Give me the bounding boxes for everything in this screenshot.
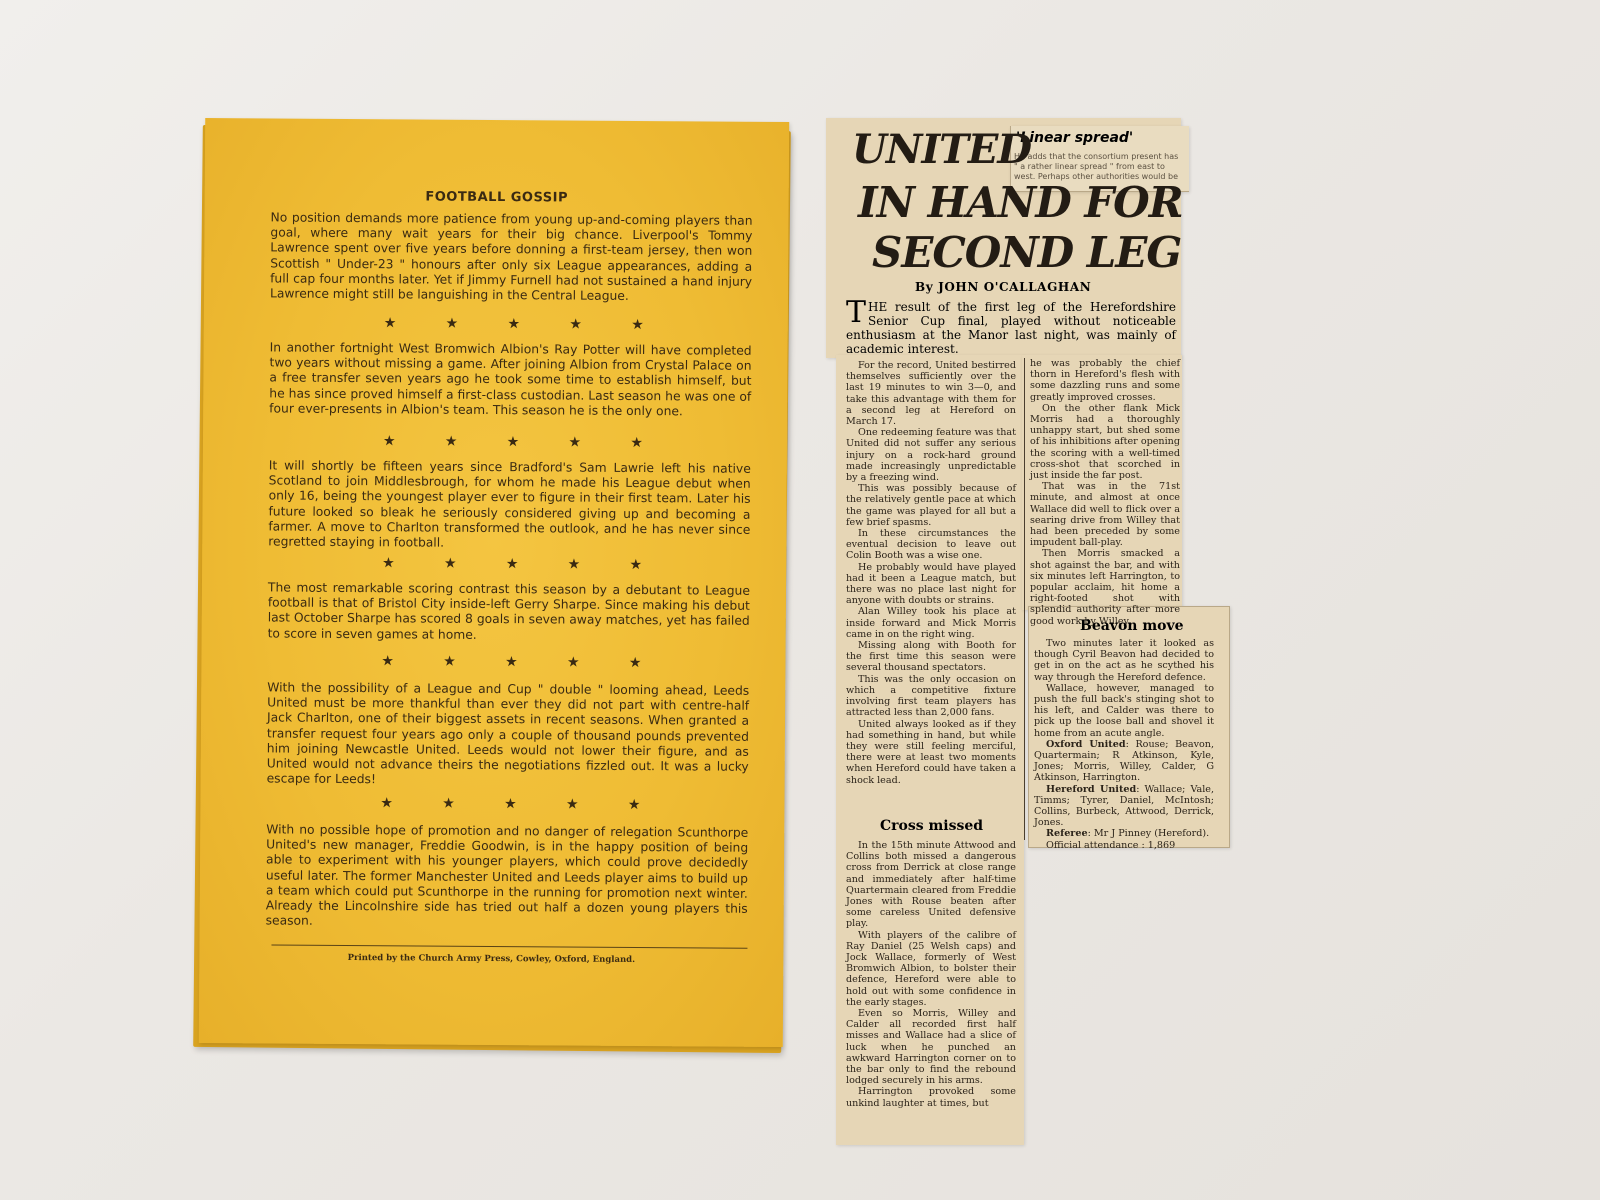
article-paragraph: Two minutes later it looked as though Cy… bbox=[1034, 638, 1214, 683]
article-paragraph: For the record, United bestirred themsel… bbox=[846, 360, 1016, 427]
headline-line-1: UNITED bbox=[852, 126, 1031, 173]
lede-text: HE result of the first leg of the Herefo… bbox=[846, 300, 1176, 356]
star-icon: ★ bbox=[504, 796, 517, 812]
article-paragraph: Then Morris smacked a shot against the b… bbox=[1030, 548, 1180, 626]
article-left-column: For the record, United bestirred themsel… bbox=[846, 360, 1016, 786]
star-icon: ★ bbox=[630, 435, 643, 451]
star-icon: ★ bbox=[444, 556, 457, 572]
star-icon: ★ bbox=[628, 797, 641, 813]
gossip-paragraph: With the possibility of a League and Cup… bbox=[267, 680, 750, 790]
article-paragraph: he was probably the chief thorn in Heref… bbox=[1030, 358, 1180, 403]
star-icon: ★ bbox=[566, 797, 579, 813]
star-icon: ★ bbox=[384, 315, 397, 331]
article-paragraph: Alan Willey took his place at inside for… bbox=[846, 606, 1016, 640]
programme-page: FOOTBALL GOSSIP No position demands more… bbox=[199, 118, 789, 1047]
gossip-paragraph: It will shortly be fifteen years since B… bbox=[268, 458, 751, 553]
referee-line: Referee: Mr J Pinney (Hereford). bbox=[1034, 828, 1214, 839]
hereford-label: Hereford United bbox=[1046, 784, 1136, 795]
star-icon: ★ bbox=[507, 316, 520, 332]
referee-name: : Mr J Pinney (Hereford). bbox=[1088, 828, 1210, 839]
article-paragraph: With players of the calibre of Ray Danie… bbox=[846, 930, 1016, 1008]
gossip-paragraph: With no possible hope of promotion and n… bbox=[266, 822, 749, 932]
article-paragraph: This was possibly because of the relativ… bbox=[846, 483, 1016, 528]
inset-heading: 'Linear spread' bbox=[1016, 130, 1133, 146]
star-icon: ★ bbox=[445, 434, 458, 450]
star-separator: ★ ★ ★ ★ ★ bbox=[384, 315, 644, 333]
star-icon: ★ bbox=[505, 654, 518, 670]
lede-paragraph: T HE result of the first leg of the Here… bbox=[846, 300, 1176, 356]
star-icon: ★ bbox=[380, 795, 393, 811]
subhead-beavon-move: Beavon move bbox=[1080, 618, 1184, 634]
article-paragraph: In the 15th minute Attwood and Collins b… bbox=[846, 840, 1016, 930]
printer-credit: Printed by the Church Army Press, Cowley… bbox=[199, 952, 783, 966]
star-separator: ★ ★ ★ ★ ★ bbox=[381, 653, 641, 671]
article-paragraph: Harrington provoked some unkind laughter… bbox=[846, 1086, 1016, 1108]
programme-title: FOOTBALL GOSSIP bbox=[205, 188, 789, 207]
headline-line-2: IN HAND FOR bbox=[858, 178, 1183, 227]
star-separator: ★ ★ ★ ★ ★ bbox=[380, 795, 640, 813]
star-icon: ★ bbox=[443, 654, 456, 670]
column-rule bbox=[1024, 358, 1025, 840]
star-icon: ★ bbox=[507, 434, 520, 450]
star-icon: ★ bbox=[382, 555, 395, 571]
star-icon: ★ bbox=[442, 796, 455, 812]
star-separator: ★ ★ ★ ★ ★ bbox=[383, 433, 643, 451]
star-separator: ★ ★ ★ ★ ★ bbox=[382, 555, 642, 573]
star-icon: ★ bbox=[629, 655, 642, 671]
article-cross-column: In the 15th minute Attwood and Collins b… bbox=[846, 840, 1016, 1109]
star-icon: ★ bbox=[630, 557, 643, 573]
article-paragraph: That was in the 71st minute, and almost … bbox=[1030, 481, 1180, 548]
article-paragraph: Missing along with Booth for the first t… bbox=[846, 640, 1016, 674]
star-icon: ★ bbox=[446, 316, 459, 332]
hereford-lineup: Hereford United: Wallace; Vale, Timms; T… bbox=[1034, 784, 1214, 829]
star-icon: ★ bbox=[569, 435, 582, 451]
star-icon: ★ bbox=[569, 317, 582, 333]
star-icon: ★ bbox=[383, 433, 396, 449]
oxford-label: Oxford United bbox=[1046, 739, 1126, 750]
gossip-paragraph: In another fortnight West Bromwich Albio… bbox=[269, 340, 752, 419]
referee-label: Referee bbox=[1046, 828, 1088, 839]
star-icon: ★ bbox=[568, 557, 581, 573]
article-paragraph: Even so Morris, Willey and Calder all re… bbox=[846, 1008, 1016, 1086]
article-right-column: he was probably the chief thorn in Heref… bbox=[1030, 358, 1180, 627]
attendance-line: Official attendance : 1,869 bbox=[1034, 840, 1214, 851]
article-paragraph: Wallace, however, managed to push the fu… bbox=[1034, 683, 1214, 739]
star-icon: ★ bbox=[631, 317, 644, 333]
star-icon: ★ bbox=[506, 556, 519, 572]
headline-line-3: SECOND LEG bbox=[872, 228, 1181, 277]
article-paragraph: In these circumstances the eventual deci… bbox=[846, 528, 1016, 562]
article-paragraph: On the other flank Mick Morris had a tho… bbox=[1030, 403, 1180, 481]
gossip-paragraph: No position demands more patience from y… bbox=[270, 210, 753, 305]
article-paragraph: One redeeming feature was that United di… bbox=[846, 427, 1016, 483]
footer-rule bbox=[271, 944, 747, 948]
oxford-lineup: Oxford United: Rouse; Beavon, Quartermai… bbox=[1034, 739, 1214, 784]
drop-cap: T bbox=[846, 300, 866, 326]
gossip-paragraph: The most remarkable scoring contrast thi… bbox=[268, 580, 750, 644]
article-beavon-column: Two minutes later it looked as though Cy… bbox=[1034, 638, 1214, 851]
article-paragraph: This was the only occasion on which a co… bbox=[846, 674, 1016, 719]
article-paragraph: He probably would have played had it bee… bbox=[846, 562, 1016, 607]
subhead-cross-missed: Cross missed bbox=[880, 818, 983, 834]
byline: By JOHN O'CALLAGHAN bbox=[915, 280, 1091, 294]
article-paragraph: United always looked as if they had some… bbox=[846, 719, 1016, 786]
star-icon: ★ bbox=[567, 655, 580, 671]
star-icon: ★ bbox=[381, 653, 394, 669]
